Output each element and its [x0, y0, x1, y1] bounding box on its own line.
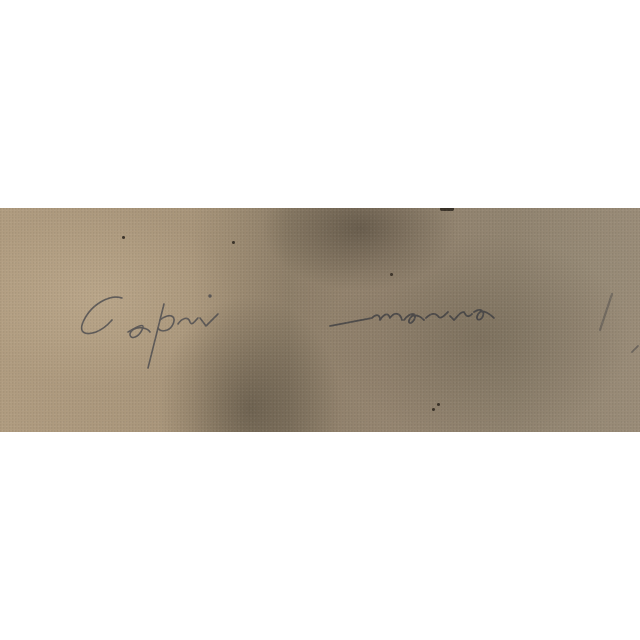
pencil-handwriting [0, 208, 640, 432]
aged-paper-strip: Capri marina ! [0, 208, 640, 432]
photo-frame: Capri marina ! [0, 0, 640, 640]
